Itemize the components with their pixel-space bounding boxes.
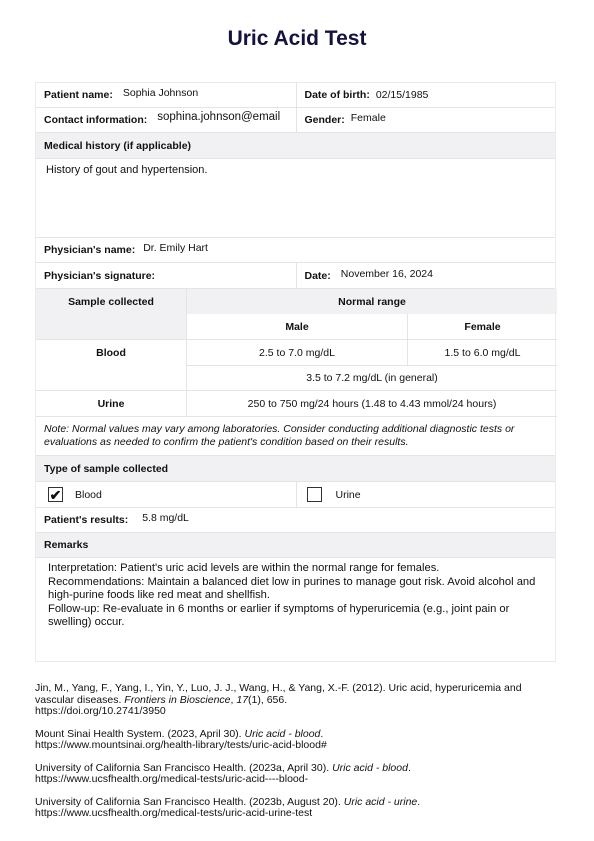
physician-name-value[interactable]: Dr. Emily Hart <box>143 242 208 254</box>
medical-history-label: Medical history (if applicable) <box>36 133 555 158</box>
sample-type-label: Type of sample collected <box>36 456 555 481</box>
col-male-header: Male <box>186 314 407 340</box>
physician-name-cell[interactable]: Physician's name: Dr. Emily Hart <box>36 238 555 262</box>
dob-cell[interactable]: Date of birth: 02/15/1985 <box>296 83 556 107</box>
contact-row: Contact information: sophina.johnson@ema… <box>36 108 555 133</box>
physician-name-label: Physician's name: <box>44 244 135 256</box>
remarks-header: Remarks <box>36 533 555 558</box>
col-normal-header: Normal range <box>186 289 557 314</box>
physician-signature-row: Physician's signature: Date: November 16… <box>36 263 555 289</box>
date-value[interactable]: November 16, 2024 <box>341 268 433 280</box>
remarks-label: Remarks <box>36 533 555 557</box>
patient-name-value[interactable]: Sophia Johnson <box>123 87 198 99</box>
sample-type-options: ✔ Blood Urine <box>36 482 555 508</box>
medical-history-text[interactable]: History of gout and hypertension. <box>36 159 555 237</box>
reference-url[interactable]: https://www.ucsfhealth.org/medical-tests… <box>35 807 312 819</box>
sample-blood: Blood <box>36 340 186 391</box>
remarks-follow-up: Follow-up: Re-evaluate in 6 months or ea… <box>48 603 543 630</box>
sample-urine: Urine <box>36 391 186 417</box>
patient-row: Patient name: Sophia Johnson Date of bir… <box>36 83 555 108</box>
col-sample-header: Sample collected <box>36 289 186 340</box>
contact-value[interactable]: sophina.johnson@email <box>157 111 280 123</box>
reference-url[interactable]: https://doi.org/10.2741/3950 <box>35 705 166 717</box>
results-cell[interactable]: Patient's results: 5.8 mg/dL <box>36 508 555 532</box>
uric-acid-form: Patient name: Sophia Johnson Date of bir… <box>35 82 556 662</box>
references: Jin, M., Yang, F., Yang, I., Yin, Y., Lu… <box>35 683 555 831</box>
patient-name-cell[interactable]: Patient name: Sophia Johnson <box>36 83 296 107</box>
option-blood[interactable]: ✔ Blood <box>36 482 296 507</box>
physician-name-row: Physician's name: Dr. Emily Hart <box>36 238 555 263</box>
signature-cell[interactable]: Physician's signature: <box>36 263 296 288</box>
dob-value[interactable]: 02/15/1985 <box>376 89 429 101</box>
gender-cell[interactable]: Gender: Female <box>296 108 556 132</box>
reference-url[interactable]: https://www.mountsinai.org/health-librar… <box>35 739 327 751</box>
col-female-header: Female <box>407 314 557 340</box>
blood-checkbox[interactable]: ✔ <box>48 487 63 502</box>
gender-value[interactable]: Female <box>351 112 386 124</box>
gender-label: Gender: <box>305 114 345 126</box>
reference-item: University of California San Francisco H… <box>35 797 555 820</box>
results-value[interactable]: 5.8 mg/dL <box>142 512 189 524</box>
reference-item: Jin, M., Yang, F., Yang, I., Yin, Y., Lu… <box>35 683 555 718</box>
date-cell[interactable]: Date: November 16, 2024 <box>296 263 556 288</box>
medical-history-header: Medical history (if applicable) <box>36 133 555 159</box>
remarks-body: Interpretation: Patient's uric acid leve… <box>36 558 555 661</box>
date-label: Date: <box>305 270 331 282</box>
contact-label: Contact information: <box>44 114 147 126</box>
urine-checkbox[interactable] <box>307 487 322 502</box>
patient-name-label: Patient name: <box>44 89 113 101</box>
urine-range: 250 to 750 mg/24 hours (1.48 to 4.43 mmo… <box>186 391 557 417</box>
blood-option-label: Blood <box>75 489 102 501</box>
note-text: Note: Normal values may vary among labor… <box>36 417 555 455</box>
contact-cell[interactable]: Contact information: sophina.johnson@ema… <box>36 108 296 132</box>
note-row: Note: Normal values may vary among labor… <box>36 417 555 456</box>
results-row: Patient's results: 5.8 mg/dL <box>36 508 555 533</box>
urine-option-label: Urine <box>336 489 361 501</box>
reference-url[interactable]: https://www.ucsfhealth.org/medical-tests… <box>35 773 308 785</box>
reference-item: University of California San Francisco H… <box>35 763 555 786</box>
reference-item: Mount Sinai Health System. (2023, April … <box>35 729 555 752</box>
page-title: Uric Acid Test <box>0 27 594 51</box>
remarks-text[interactable]: Interpretation: Patient's uric acid leve… <box>36 558 555 661</box>
signature-label: Physician's signature: <box>44 270 155 282</box>
medical-history-body: History of gout and hypertension. <box>36 159 555 238</box>
results-label: Patient's results: <box>44 514 128 526</box>
remarks-recommendations: Recommendations: Maintain a balanced die… <box>48 576 543 603</box>
normal-range-table: Sample collected Normal range Male Femal… <box>36 289 555 417</box>
remarks-interpretation: Interpretation: Patient's uric acid leve… <box>48 562 543 576</box>
blood-male-range: 2.5 to 7.0 mg/dL <box>186 340 407 366</box>
blood-general-range: 3.5 to 7.2 mg/dL (in general) <box>186 366 557 391</box>
sample-type-header: Type of sample collected <box>36 456 555 482</box>
blood-female-range: 1.5 to 6.0 mg/dL <box>407 340 557 366</box>
dob-label: Date of birth: <box>305 89 370 101</box>
option-urine[interactable]: Urine <box>296 482 556 507</box>
